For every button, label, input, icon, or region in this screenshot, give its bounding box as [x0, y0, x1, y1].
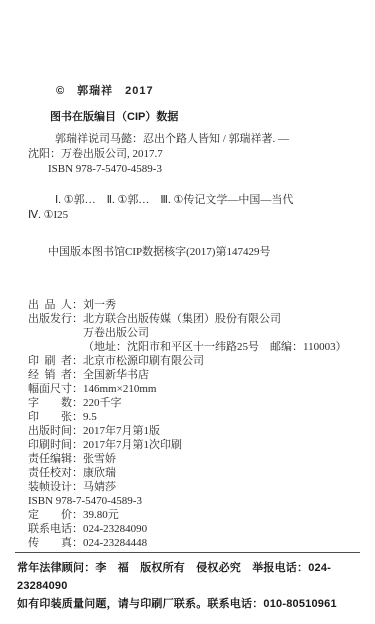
- info-row-value: 024-23284090: [83, 522, 375, 536]
- info-row-value: 北方联合出版传媒（集团）股份有限公司: [83, 312, 375, 326]
- info-row-value: 9.5: [83, 410, 375, 424]
- info-row-colon: ：: [72, 480, 83, 494]
- info-row: 印刷者：北京市松源印刷有限公司: [28, 354, 375, 368]
- info-row-label: 责任校对: [28, 466, 72, 480]
- info-row-colon: ：: [72, 368, 83, 382]
- info-row: 定价：39.80元: [28, 508, 375, 522]
- info-row: 装帧设计：马婧莎: [28, 480, 375, 494]
- info-row-value-wrap: 北京市松源印刷有限公司: [83, 354, 375, 368]
- info-row-value-wrap: 北方联合出版传媒（集团）股份有限公司万卷出版公司（地址：沈阳市和平区十一纬路25…: [83, 312, 375, 354]
- info-row-colon: ：: [72, 382, 83, 396]
- info-row-value-wrap: 全国新华书店: [83, 368, 375, 382]
- info-row-colon: ：: [72, 466, 83, 480]
- info-row-value: 146mm×210mm: [83, 382, 375, 396]
- info-row-label: 责任编辑: [28, 452, 72, 466]
- info-row-colon: ：: [72, 536, 83, 550]
- info-row-value: 马婧莎: [83, 480, 375, 494]
- info-row-colon: ：: [72, 410, 83, 424]
- cip-header: 图书在版编目（CIP）数据: [50, 110, 375, 124]
- info-row-extra-line: （地址：沈阳市和平区十一纬路25号 邮编：110003）: [83, 340, 375, 354]
- classification-line-1: Ⅰ. ①郭… Ⅱ. ①郭… Ⅲ. ①传记文学—中国—当代: [55, 193, 375, 208]
- info-row: 经销者：全国新华书店: [28, 368, 375, 382]
- info-row: 出品人：刘一秀: [28, 298, 375, 312]
- info-block: 出品人：刘一秀出版发行：北方联合出版传媒（集团）股份有限公司万卷出版公司（地址：…: [28, 298, 375, 550]
- info-row-value-wrap: 刘一秀: [83, 298, 375, 312]
- info-row-value-wrap: 康欣瑞: [83, 466, 375, 480]
- info-row-colon: ：: [72, 354, 83, 368]
- info-row-value: 康欣瑞: [83, 466, 375, 480]
- info-row: 联系电话：024-23284090: [28, 522, 375, 536]
- legal-block: 常年法律顾问：李 福 版权所有 侵权必究 举报电话：024-23284090 如…: [17, 559, 375, 613]
- info-row-label: 出品人: [28, 298, 72, 312]
- info-row-value-wrap: 马婧莎: [83, 480, 375, 494]
- info-row-value: 北京市松源印刷有限公司: [83, 354, 375, 368]
- info-row-colon: ：: [72, 508, 83, 522]
- info-row-value-wrap: 146mm×210mm: [83, 382, 375, 396]
- info-row-label: 装帧设计: [28, 480, 72, 494]
- info-row-value: 张雪娇: [83, 452, 375, 466]
- cip-line-isbn: ISBN 978-7-5470-4589-3: [48, 162, 375, 177]
- info-row-value-wrap: 9.5: [83, 410, 375, 424]
- info-row: 出版发行：北方联合出版传媒（集团）股份有限公司万卷出版公司（地址：沈阳市和平区十…: [28, 312, 375, 354]
- info-row-value: 2017年7月第1次印刷: [83, 438, 375, 452]
- divider-rule: [15, 552, 360, 553]
- info-row: 印张：9.5: [28, 410, 375, 424]
- info-row-label: 定价: [28, 508, 72, 522]
- info-row-label: 印刷时间: [28, 438, 72, 452]
- info-row-extra-line: 万卷出版公司: [83, 326, 375, 340]
- info-row-value: 220千字: [83, 396, 375, 410]
- info-row-label: 传真: [28, 536, 72, 550]
- classification-line-2: Ⅳ. ①I25: [28, 208, 375, 223]
- info-row-colon: ：: [72, 424, 83, 438]
- cip-record-number: 中国版本图书馆CIP数据核字(2017)第147429号: [48, 245, 375, 260]
- info-row-value-wrap: 2017年7月第1次印刷: [83, 438, 375, 452]
- info-row-colon: ：: [72, 312, 83, 354]
- info-row: ISBN 978-7-5470-4589-3: [28, 494, 375, 508]
- info-row-value: 刘一秀: [83, 298, 375, 312]
- cip-line-publisher: 沈阳：万卷出版公司, 2017.7: [28, 147, 375, 162]
- info-row-value-wrap: 39.80元: [83, 508, 375, 522]
- info-row-label: 印刷者: [28, 354, 72, 368]
- info-row-colon: ：: [72, 396, 83, 410]
- info-row: 印刷时间：2017年7月第1次印刷: [28, 438, 375, 452]
- cip-line-title: 郭瑞祥说司马懿：忍出个路人皆知 / 郭瑞祥著. —: [55, 132, 375, 147]
- info-row-colon: ：: [72, 452, 83, 466]
- info-row-label: 幅面尺寸: [28, 382, 72, 396]
- info-row: 责任校对：康欣瑞: [28, 466, 375, 480]
- info-row: 出版时间：2017年7月第1版: [28, 424, 375, 438]
- info-row: 字数：220千字: [28, 396, 375, 410]
- info-row-label: 印张: [28, 410, 72, 424]
- info-row-label: 联系电话: [28, 522, 72, 536]
- info-row-label: 经销者: [28, 368, 72, 382]
- info-row-colon: ：: [72, 298, 83, 312]
- info-row-value: 39.80元: [83, 508, 375, 522]
- info-row-value-wrap: 220千字: [83, 396, 375, 410]
- info-row-colon: ：: [72, 438, 83, 452]
- info-row-label: 出版发行: [28, 312, 72, 354]
- colophon-page: © 郭瑞祥 2017 图书在版编目（CIP）数据 郭瑞祥说司马懿：忍出个路人皆知…: [0, 0, 375, 624]
- info-row: 幅面尺寸：146mm×210mm: [28, 382, 375, 396]
- info-row: 传真：024-23284448: [28, 536, 375, 550]
- info-row-value-wrap: 2017年7月第1版: [83, 424, 375, 438]
- info-row-value-wrap: 024-23284090: [83, 522, 375, 536]
- info-row-label: 出版时间: [28, 424, 72, 438]
- cip-paragraph: 郭瑞祥说司马懿：忍出个路人皆知 / 郭瑞祥著. — 沈阳：万卷出版公司, 201…: [0, 132, 375, 177]
- classification-paragraph: Ⅰ. ①郭… Ⅱ. ①郭… Ⅲ. ①传记文学—中国—当代 Ⅳ. ①I25: [0, 193, 375, 223]
- info-row-label: 字数: [28, 396, 72, 410]
- info-row-value-wrap: 024-23284448: [83, 536, 375, 550]
- info-row-value: ISBN 978-7-5470-4589-3: [28, 494, 375, 508]
- info-row-value-wrap: ISBN 978-7-5470-4589-3: [28, 494, 375, 508]
- info-row: 责任编辑：张雪娇: [28, 452, 375, 466]
- info-row-value: 全国新华书店: [83, 368, 375, 382]
- info-row-value-wrap: 张雪娇: [83, 452, 375, 466]
- info-row-colon: ：: [72, 522, 83, 536]
- info-row-value: 024-23284448: [83, 536, 375, 550]
- legal-line-1: 常年法律顾问：李 福 版权所有 侵权必究 举报电话：024-23284090: [17, 559, 375, 595]
- copyright-line: © 郭瑞祥 2017: [56, 84, 375, 98]
- info-row-value: 2017年7月第1版: [83, 424, 375, 438]
- legal-line-2: 如有印装质量问题，请与印刷厂联系。联系电话：010-80510961: [17, 595, 375, 613]
